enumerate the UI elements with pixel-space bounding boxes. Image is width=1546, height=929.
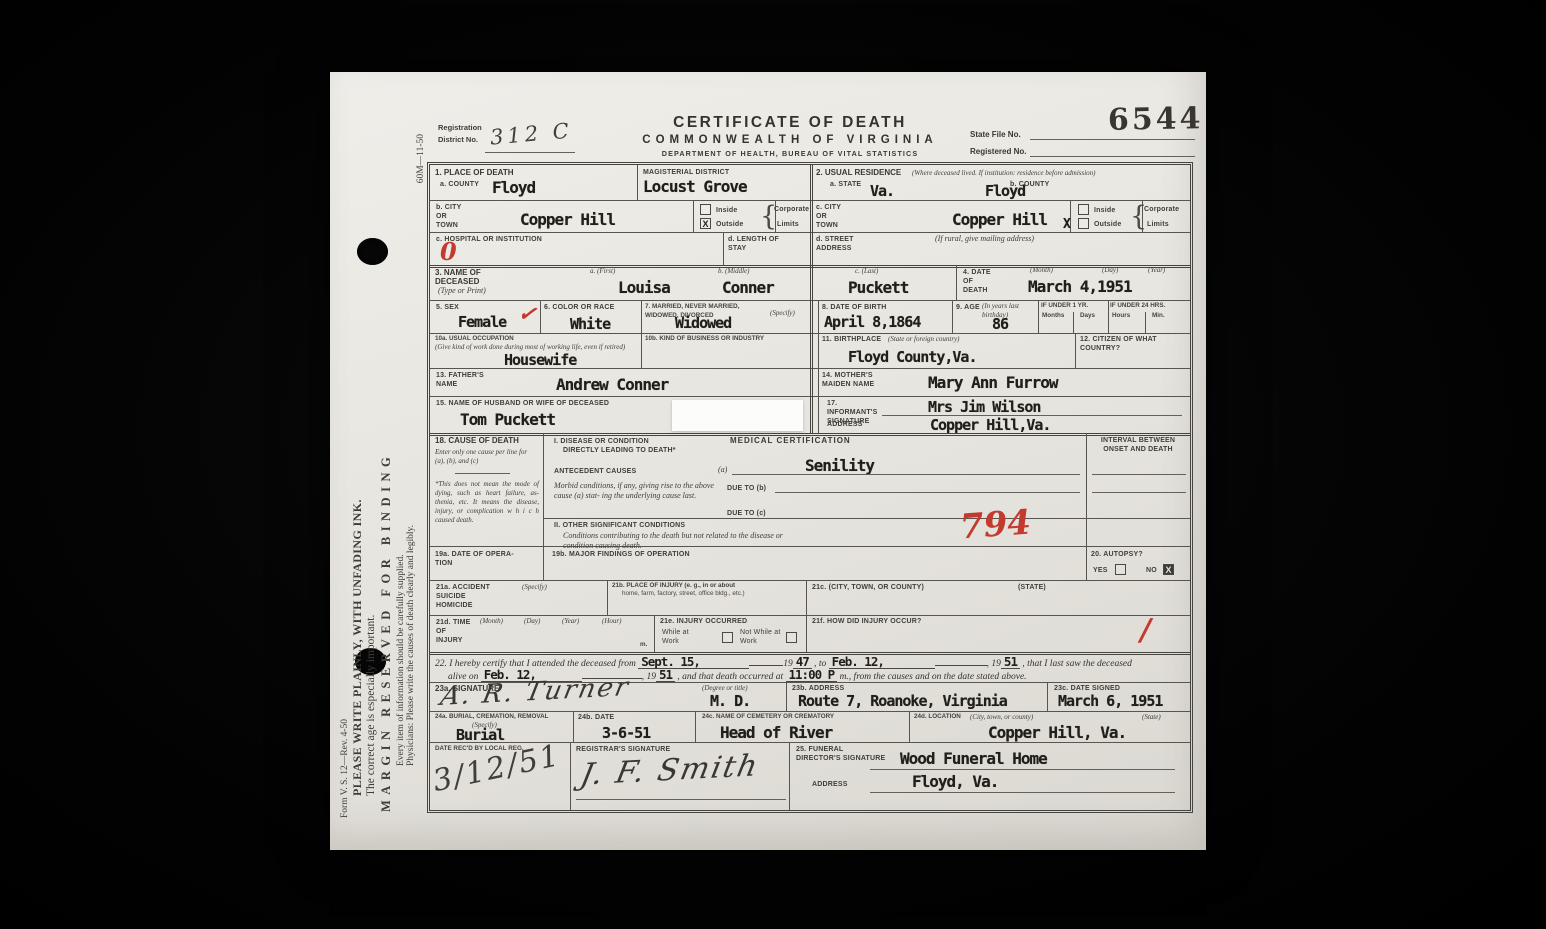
registrar-signature-label: REGISTRAR'S SIGNATURE xyxy=(576,745,670,754)
rule-line xyxy=(1030,156,1195,157)
last-name-label: c. (Last) xyxy=(855,267,878,276)
grid-line xyxy=(430,711,1190,712)
disease-label-2: DIRECTLY LEADING TO DEATH* xyxy=(563,446,676,455)
occupation-value: Housewife xyxy=(504,351,576,369)
residence-outside-mark: X xyxy=(1063,217,1070,232)
middle-name-label: b. (Middle) xyxy=(718,267,750,276)
residence-outside-label: Outside xyxy=(1094,220,1121,229)
certify-text-5: , and that death occurred at xyxy=(677,672,783,682)
length-of-stay-label: d. LENGTH OF STAY xyxy=(728,235,788,253)
rule-line xyxy=(455,473,510,474)
grid-line xyxy=(695,711,696,742)
rule-line xyxy=(870,769,1175,770)
certificate-form: 1. PLACE OF DEATH a. COUNTY Floyd MAGIST… xyxy=(427,162,1193,813)
age-value: 86 xyxy=(992,315,1008,333)
margin-correct-age: The correct age is especially important. xyxy=(365,132,377,822)
rule-line xyxy=(576,799,786,800)
hours-label: Hours xyxy=(1112,312,1130,321)
grid-line xyxy=(693,200,694,232)
certify-death-time: 11:00 P xyxy=(786,669,838,682)
death-year-label: (Year) xyxy=(1148,266,1165,275)
injury-month-label: (Month) xyxy=(480,617,503,626)
grid-line xyxy=(1086,433,1087,580)
certify-number: 22. xyxy=(435,659,447,669)
burial-location-note: (City, town, or county) xyxy=(970,713,1033,722)
date-of-death-label: 4. DATE OF DEATH xyxy=(963,268,999,295)
rule-line xyxy=(1092,474,1186,475)
rule-line xyxy=(1030,139,1195,140)
funeral-home-value: Wood Funeral Home xyxy=(900,749,1047,768)
if-under-24hrs-label: IF UNDER 24 HRS. xyxy=(1110,302,1165,311)
residence-corporate-label: Corporate xyxy=(1144,205,1179,214)
injury-year-label: (Year) xyxy=(562,617,579,626)
date-of-birth-label: 8. DATE OF BIRTH xyxy=(822,303,887,312)
birthplace-note: (State or foreign country) xyxy=(888,335,959,344)
district-no-label: District No. xyxy=(438,135,478,144)
grid-line xyxy=(654,615,655,652)
street-address-label: d. STREET ADDRESS xyxy=(816,235,862,253)
grid-line xyxy=(607,580,608,615)
other-conditions-label: II. OTHER SIGNIFICANT CONDITIONS xyxy=(554,521,685,530)
death-month-label: (Month) xyxy=(1030,266,1053,275)
place-outside-checkbox: X xyxy=(700,218,711,229)
residence-outside-checkbox xyxy=(1078,218,1089,229)
date-of-death-value: March 4,1951 xyxy=(1028,277,1132,296)
grid-line xyxy=(430,615,1190,616)
place-of-injury-note: home, farm, factory, street, office bldg… xyxy=(622,590,745,599)
grid-line xyxy=(1047,682,1048,711)
margin-form-number: Form V. S. 12—Rev. 4-50 xyxy=(340,132,350,822)
if-under-1yr-label: IF UNDER 1 YR. xyxy=(1041,302,1088,311)
grid-line xyxy=(952,300,953,333)
date-of-operation-label: 19a. DATE OF OPERA- TION xyxy=(435,550,531,568)
certify-statement-line1: 22. I hereby certify that I attended the… xyxy=(435,655,1132,669)
grid-line xyxy=(543,433,544,580)
residence-state-label: a. STATE xyxy=(830,180,861,189)
place-inside-checkbox xyxy=(700,204,711,215)
min-label: Min. xyxy=(1152,312,1165,321)
residence-city-value: Copper Hill xyxy=(952,210,1047,229)
other-conditions-note: Conditions contributing to the death but… xyxy=(563,531,793,552)
residence-limits-label: Limits xyxy=(1147,220,1169,229)
margin-every-item: Every item of information should be care… xyxy=(396,132,406,822)
cause-note-1: Enter only one cause per line for (a), (… xyxy=(435,448,538,466)
marital-value: Widowed xyxy=(675,314,731,332)
other-conditions-red-number: 794 xyxy=(959,503,1033,548)
burial-location-label: 24d. LOCATION xyxy=(914,713,961,722)
margin-physicians: Physicians: Please write the causes of d… xyxy=(406,132,416,822)
grid-line xyxy=(956,265,957,300)
residence-county-value: Floyd xyxy=(985,182,1025,200)
autopsy-yes-checkbox xyxy=(1115,564,1126,575)
margin-write-plainly: PLEASE WRITE PLAINLY, WITH UNFADING INK. xyxy=(350,132,365,822)
margin-print-code: 60M—11-50 xyxy=(416,132,426,822)
funeral-address-label: ADDRESS xyxy=(812,780,848,789)
injury-city-label: 21c. (CITY, TOWN, OR COUNTY) xyxy=(812,583,924,592)
grid-line xyxy=(1075,333,1076,368)
file-number-stamp: 6544 xyxy=(1108,101,1204,138)
race-value: White xyxy=(570,315,610,333)
last-name-value: Puckett xyxy=(848,278,908,297)
certify-text-6: m., from the causes and on the date stat… xyxy=(840,672,1027,682)
marital-specify-note: (Specify) xyxy=(770,309,795,318)
grid-line xyxy=(540,300,541,333)
cause-a-value: Senility xyxy=(805,456,874,475)
state-file-label: State File No. xyxy=(970,130,1021,139)
place-corporate-label: Corporate xyxy=(774,205,809,214)
certificate-paper: Form V. S. 12—Rev. 4-50 PLEASE WRITE PLA… xyxy=(330,72,1206,850)
grid-line xyxy=(909,711,910,742)
binding-margin-text: Form V. S. 12—Rev. 4-50 PLEASE WRITE PLA… xyxy=(340,132,434,822)
first-name-label: a. (First) xyxy=(590,267,615,276)
certify-19c: , 19 xyxy=(642,672,656,682)
disease-label-1: I. DISEASE OR CONDITION xyxy=(554,437,649,446)
registration-label: Registration xyxy=(438,123,482,132)
grid-line xyxy=(1108,300,1109,333)
physician-address-value: Route 7, Roanoke, Virginia xyxy=(798,692,1007,710)
grid-line xyxy=(1145,312,1146,333)
residence-state-value: Va. xyxy=(870,182,894,200)
date-of-birth-value: April 8,1864 xyxy=(824,313,920,331)
injury-day-label: (Day) xyxy=(524,617,540,626)
interval-label: INTERVAL BETWEEN ONSET AND DEATH xyxy=(1090,436,1186,454)
while-at-work-label: While at Work xyxy=(662,628,704,646)
place-city-label: b. CITY OR TOWN xyxy=(436,203,466,230)
certify-text-3: , that I last saw the deceased xyxy=(1022,659,1132,669)
cause-note-2: *This does not mean the mode of dying, s… xyxy=(435,480,539,525)
middle-name-value: Conner xyxy=(722,278,774,297)
autopsy-no-checkbox: X xyxy=(1163,564,1174,575)
injury-red-mark: ∕ xyxy=(1140,613,1151,648)
rule-line xyxy=(935,655,987,666)
residence-city-label: c. CITY OR TOWN xyxy=(816,203,846,230)
first-name-value: Louisa xyxy=(618,278,670,297)
place-city-value: Copper Hill xyxy=(520,210,615,229)
place-inside-label: Inside xyxy=(716,206,737,215)
grid-line xyxy=(1073,312,1074,333)
not-while-at-work-checkbox xyxy=(786,632,797,643)
county-label: a. COUNTY xyxy=(440,180,479,189)
grid-line xyxy=(570,742,571,810)
informant-address-value: Copper Hill,Va. xyxy=(930,416,1050,434)
months-label: Months xyxy=(1042,312,1064,321)
age-label: 9. AGE xyxy=(956,303,980,312)
place-limits-label: Limits xyxy=(777,220,799,229)
spouse-value: Tom Puckett xyxy=(460,410,555,429)
rule-line xyxy=(775,492,1080,493)
registered-no-label: Registered No. xyxy=(970,147,1026,156)
degree-value: M. D. xyxy=(710,692,750,710)
business-label: 10b. KIND OF BUSINESS OR INDUSTRY xyxy=(645,335,765,344)
place-of-death-label: 1. PLACE OF DEATH xyxy=(435,168,514,177)
not-while-at-work-label: Not While at Work xyxy=(740,628,784,646)
fathers-name-value: Andrew Conner xyxy=(556,375,668,394)
rule-line xyxy=(870,792,1175,793)
cemetery-value: Head of River xyxy=(720,723,832,742)
injury-hour-label: (Hour) xyxy=(602,617,621,626)
grid-line xyxy=(641,300,642,368)
sex-value: Female xyxy=(458,313,506,331)
grid-line xyxy=(637,165,638,200)
informant-address-label: ADDRESS xyxy=(827,420,863,429)
days-label: Days xyxy=(1080,312,1095,321)
usual-residence-note: (Where deceased lived. If institution: r… xyxy=(912,169,1096,178)
cemetery-label: 24c. NAME OF CEMETERY OR CREMATORY xyxy=(702,713,834,722)
cause-of-death-label: 18. CAUSE OF DEATH xyxy=(435,436,519,445)
county-value: Floyd xyxy=(492,178,535,197)
burial-location-state-note: (State) xyxy=(1142,713,1161,722)
rule-line xyxy=(732,474,1080,475)
morbid-conditions-note: Morbid conditions, if any, giving rise t… xyxy=(554,481,722,502)
birthplace-label: 11. BIRTHPLACE xyxy=(822,335,881,344)
autopsy-no-label: NO xyxy=(1146,566,1157,575)
photo-background: Form V. S. 12—Rev. 4-50 PLEASE WRITE PLA… xyxy=(0,0,1546,929)
grid-line xyxy=(723,232,724,265)
informant-signature-value: Mrs Jim Wilson xyxy=(928,398,1040,416)
funeral-director-label: 25. FUNERAL DIRECTOR'S SIGNATURE xyxy=(796,745,886,763)
grid-line xyxy=(430,546,1190,547)
residence-inside-label: Inside xyxy=(1094,206,1115,215)
rule-line xyxy=(1092,492,1186,493)
place-outside-label: Outside xyxy=(716,220,743,229)
grid-line xyxy=(1038,300,1039,333)
whiteout-patch xyxy=(672,400,803,431)
magisterial-district-label: MAGISTERIAL DISTRICT xyxy=(643,168,729,177)
burial-value: Burial xyxy=(456,726,504,744)
margin-binding-note: MARGIN RESERVED FOR BINDING xyxy=(379,132,394,822)
accident-specify-note: (Specify) xyxy=(522,583,547,592)
burial-date-value: 3-6-51 xyxy=(602,724,650,742)
autopsy-label: 20. AUTOPSY? xyxy=(1091,550,1143,559)
while-at-work-checkbox xyxy=(722,632,733,643)
autopsy-yes-label: YES xyxy=(1093,566,1108,575)
residence-inside-checkbox xyxy=(1078,204,1089,215)
race-label: 6. COLOR OR RACE xyxy=(544,303,636,312)
spouse-label: 15. NAME OF HUSBAND OR WIFE OF DECEASED xyxy=(436,399,609,408)
injury-state-label: (STATE) xyxy=(1018,583,1046,592)
citizen-label: 12. CITIZEN OF WHAT COUNTRY? xyxy=(1080,335,1170,353)
hospital-handwritten-zero: 0 xyxy=(440,237,457,266)
certify-alive-year: 51 xyxy=(656,669,675,682)
due-to-c-label: DUE TO (c) xyxy=(727,509,766,518)
fathers-name-label: 13. FATHER'S NAME xyxy=(436,371,496,389)
name-of-deceased-label: 3. NAME OF DECEASED xyxy=(435,268,505,286)
grid-line xyxy=(573,711,574,742)
mothers-maiden-value: Mary Ann Furrow xyxy=(928,373,1058,392)
type-or-print-note: (Type or Print) xyxy=(438,286,486,296)
injury-m-label: m. xyxy=(640,641,647,650)
due-to-b-label: DUE TO (b) xyxy=(727,484,766,493)
accident-suicide-homicide-label: 21a. ACCIDENT SUICIDE HOMICIDE xyxy=(436,583,496,610)
burial-location-value: Copper Hill, Va. xyxy=(988,723,1126,742)
time-of-injury-label: 21d. TIME OF INJURY xyxy=(436,618,472,645)
street-address-note: (If rural, give mailing address) xyxy=(935,234,1034,244)
antecedent-causes-label: ANTECEDENT CAUSES xyxy=(554,467,636,476)
sex-red-check: ✓ xyxy=(516,300,538,328)
grid-line xyxy=(806,580,807,652)
rule-line xyxy=(749,655,783,666)
how-did-injury-occur-label: 21f. HOW DID INJURY OCCUR? xyxy=(812,617,921,626)
injury-occurred-label: 21e. INJURY OCCURRED xyxy=(660,617,747,626)
registrar-signature-value: J. F. Smith xyxy=(578,748,763,792)
cause-a-label: (a) xyxy=(718,465,727,475)
grid-line xyxy=(810,165,813,433)
sex-label: 5. SEX xyxy=(436,303,459,312)
date-signed-value: March 6, 1951 xyxy=(1058,692,1162,710)
major-findings-label: 19b. MAJOR FINDINGS OF OPERATION xyxy=(552,550,690,559)
medical-certification-title: MEDICAL CERTIFICATION xyxy=(730,436,851,445)
mothers-maiden-label: 14. MOTHER'S MAIDEN NAME xyxy=(822,371,892,389)
grid-line xyxy=(430,580,1190,581)
grid-line xyxy=(789,742,790,810)
funeral-address-value: Floyd, Va. xyxy=(912,772,998,791)
grid-line xyxy=(786,682,787,711)
burial-date-label: 24b. DATE xyxy=(578,713,614,722)
birthplace-value: Floyd County,Va. xyxy=(848,348,977,366)
usual-residence-label: 2. USUAL RESIDENCE xyxy=(816,168,901,177)
grid-line xyxy=(543,518,1190,519)
death-day-label: (Day) xyxy=(1102,266,1118,275)
grid-line xyxy=(818,300,819,433)
magisterial-district-value: Locust Grove xyxy=(643,177,747,196)
